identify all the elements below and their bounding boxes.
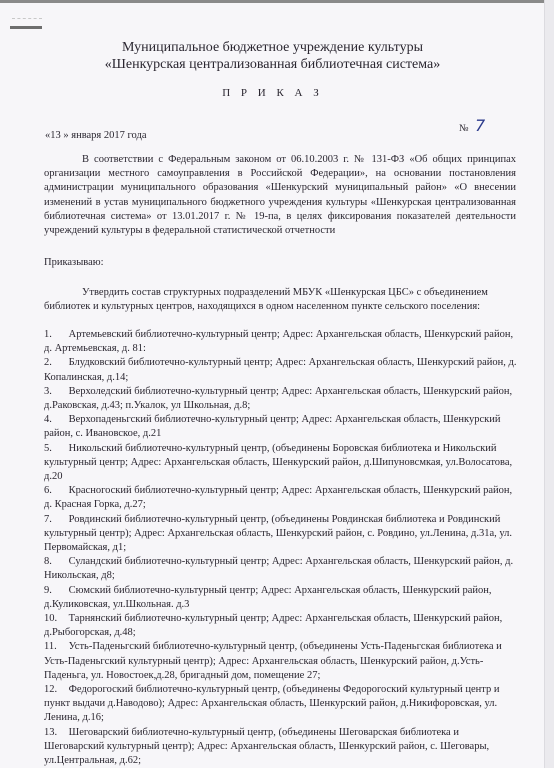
org-name-line1: Муниципальное бюджетное учреждение культ… [0,39,545,56]
document-date: «13 » января 2017 года [45,130,147,141]
list-item: 1. Артемьевский библиотечно-культурный ц… [44,328,519,356]
scan-artifact-bar [10,26,42,29]
number-label: № [459,123,469,134]
document-page: Муниципальное бюджетное учреждение культ… [0,0,545,768]
list-item: 9. Сюмский библиотечно-культурный центр;… [44,584,519,612]
order-label: Приказываю: [44,256,516,270]
list-item: 10. Тарнянский библиотечно-культурный це… [44,612,519,640]
list-item: 8. Суландский библиотечно-культурный цен… [44,555,519,583]
preamble-text: В соответствии с Федеральным законом от … [44,154,516,236]
approve-text: Утвердить состав структурных подразделен… [44,287,488,312]
list-item: 4. Верхопаденьгский библиотечно-культурн… [44,413,519,441]
document-title: П Р И К А З [0,87,545,99]
list-item: 12. Федорогоский библиотечно-культурный … [44,683,519,726]
list-item: 2. Блудковский библиотечно-культурный це… [44,356,519,384]
list-item: 3. Верхоледский библиотечно-культурный ц… [44,385,519,413]
list-item: 6. Красногоский библиотечно-культурный ц… [44,484,519,512]
approve-paragraph: Утвердить состав структурных подразделен… [44,286,494,314]
document-number: № 7 [459,116,485,135]
list-item: 7. Ровдинский библиотечно-культурный цен… [44,513,519,556]
list-item: 13. Шеговарский библиотечно-культурный ц… [44,726,519,768]
list-item: 11. Усть-Паденьгский библиотечно-культур… [44,640,519,683]
preamble-paragraph: В соответствии с Федеральным законом от … [44,153,516,238]
scan-artifact [12,18,42,23]
list-item: 5. Никольский библиотечно-культурный цен… [44,442,519,485]
number-value-handwritten: 7 [475,116,485,135]
subdivision-list: 1. Артемьевский библиотечно-культурный ц… [44,328,519,768]
org-name-line2: «Шенкурская централизованная библиотечна… [0,56,545,73]
scan-edge [544,0,554,768]
